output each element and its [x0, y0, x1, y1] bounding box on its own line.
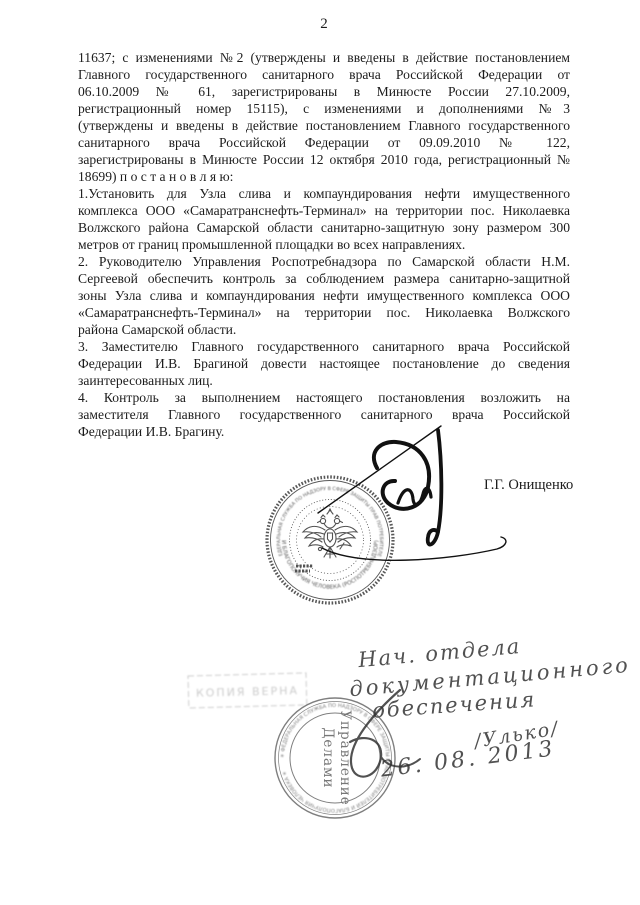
svg-text:И БЛАГОПОЛУЧИЯ ЧЕЛОВЕКА (РОСПО: И БЛАГОПОЛУЧИЯ ЧЕЛОВЕКА (РОСПОТРЕБНАДЗОР… — [280, 540, 380, 591]
signature-loop — [374, 442, 429, 509]
text-line: зарегистрированы в Минюсте России 12 окт… — [78, 151, 570, 168]
signature-tall-stroke — [428, 430, 442, 544]
seal-ring — [271, 481, 390, 600]
signature — [318, 426, 506, 560]
signature-underline — [322, 537, 506, 560]
text-line: метров от границ промышленной площадки в… — [78, 236, 570, 253]
official-seal: ФЕДЕРАЛЬНАЯ СЛУЖБА ПО НАДЗОРУ В СФЕРЕ ЗА… — [267, 477, 393, 603]
text-line: Главного государственного санитарного вр… — [78, 66, 570, 83]
signatory-name: Г.Г. Онищенко — [484, 477, 573, 494]
document-body: 11637; с изменениями №2 (утверждены и вв… — [78, 49, 570, 440]
seal-registry-marks — [295, 566, 313, 571]
office-stamp-title-line1: Управление — [337, 710, 353, 806]
text-line: района Самарской области. — [78, 321, 570, 338]
office-stamp-title-line2: Делами — [320, 727, 336, 788]
office-stamp-inner-ring — [290, 713, 380, 803]
copy-stamp: КОПИЯ ВЕРНА — [188, 673, 307, 708]
page-number: 2 — [78, 16, 570, 33]
text-line: 18699) п о с т а н о в л я ю: — [78, 168, 570, 185]
seal-arc-text-bottom: И БЛАГОПОЛУЧИЯ ЧЕЛОВЕКА (РОСПОТРЕБНАДЗОР… — [280, 540, 380, 591]
copy-stamp-border — [188, 673, 307, 708]
text-line: регистрационный номер 15115), с изменени… — [78, 100, 570, 117]
text-line: 1.Установить для Узла слива и компаундир… — [78, 185, 570, 202]
signature-squiggle — [398, 488, 431, 504]
seal-dotted-ring — [290, 500, 371, 581]
handwriting-date: 26. 08. 2013 — [379, 736, 557, 782]
text-line: комплекса ООО «Самаратранснефть-Терминал… — [78, 202, 570, 219]
copy-stamp-text: КОПИЯ ВЕРНА — [196, 684, 299, 700]
text-line: заместителя Главного государственного са… — [78, 406, 570, 423]
text-line: 06.10.2009 № 61, зарегистрированы в Миню… — [78, 83, 570, 100]
seal-inner-dotted-ring — [297, 507, 364, 574]
text-line: санитарного врача Российской Федерации о… — [78, 134, 570, 151]
text-line: 3. Заместителю Главного государственного… — [78, 338, 570, 355]
document-page: 2 11637; с изменениями №2 (утверждены и … — [0, 0, 640, 905]
seal-outer-ring — [267, 477, 393, 603]
seal-arc-text-top: ФЕДЕРАЛЬНАЯ СЛУЖБА ПО НАДЗОРУ В СФЕРЕ ЗА… — [276, 486, 384, 557]
double-headed-eagle-icon — [303, 509, 357, 558]
text-line: (утверждены и введены в действие постано… — [78, 117, 570, 134]
text-line: 11637; с изменениями №2 (утверждены и вв… — [78, 49, 570, 66]
text-line: Федерации И.В. Брагиной довести настояще… — [78, 355, 570, 372]
text-line: заинтересованных лиц. — [78, 372, 570, 389]
text-line: 2. Руководителю Управления Роспотребнадз… — [78, 253, 570, 270]
text-line: «Самаратранснефть-Терминал» на территори… — [78, 304, 570, 321]
text-line: Федерации И.В. Брагину. — [78, 423, 570, 440]
text-line: Сергеевой обеспечить контроль за соблюде… — [78, 270, 570, 287]
svg-text:ФЕДЕРАЛЬНАЯ СЛУЖБА ПО НАДЗОРУ: ФЕДЕРАЛЬНАЯ СЛУЖБА ПО НАДЗОРУ В СФЕРЕ ЗА… — [276, 486, 384, 557]
text-line: Волжского района Самарской области санит… — [78, 219, 570, 236]
text-line: 4. Контроль за выполнением настоящего по… — [78, 389, 570, 406]
text-line: зоны Узла слива и компаундирования нефти… — [78, 287, 570, 304]
